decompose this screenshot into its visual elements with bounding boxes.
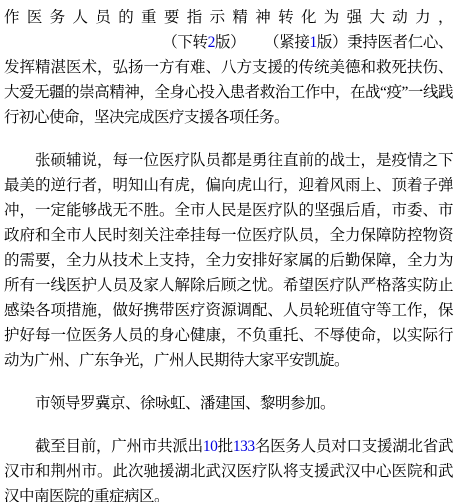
text-run: 截至目前，广州市共派出 [35,438,203,455]
stat-number: 10 [203,438,218,455]
page-ref-link[interactable]: 1 [309,34,316,51]
paragraph: 截至目前，广州市共派出10批133名医务人员对口支援湖北省武汉市和荆州市。此次驰… [4,434,453,502]
paragraph: 市领导罗冀京、徐咏虹、潘建国、黎明参加。 [4,391,453,416]
text-run: 作医务人员的重要指示精神转化为强大动力， [4,9,453,26]
stat-number: 133 [233,438,255,455]
article-body: 作医务人员的重要指示精神转化为强大动力，（下转2版）（紧接1版）秉持医者仁心、发… [4,5,453,502]
text-run: （下转 [162,34,208,51]
paragraph: 作医务人员的重要指示精神转化为强大动力，（下转2版）（紧接1版）秉持医者仁心、发… [4,5,453,130]
text-run: 市领导罗冀京、徐咏虹、潘建国、黎明参加。 [35,395,335,412]
text-run: 张硕辅说，每一位医疗队员都是勇往直前的战士，是疫情之下最美的逆行者，明知山有虎，… [4,152,453,369]
document-page: 作医务人员的重要指示精神转化为强大动力，（下转2版）（紧接1版）秉持医者仁心、发… [0,0,456,502]
text-run: 批 [217,438,233,455]
inline-spacer [4,46,162,47]
page-ref-link[interactable]: 2 [208,34,215,51]
paragraph: 张硕辅说，每一位医疗队员都是勇往直前的战士，是疫情之下最美的逆行者，明知山有虎，… [4,148,453,373]
text-run: 版） [215,34,245,51]
text-run: （紧接 [264,34,310,51]
inline-spacer [245,46,264,47]
